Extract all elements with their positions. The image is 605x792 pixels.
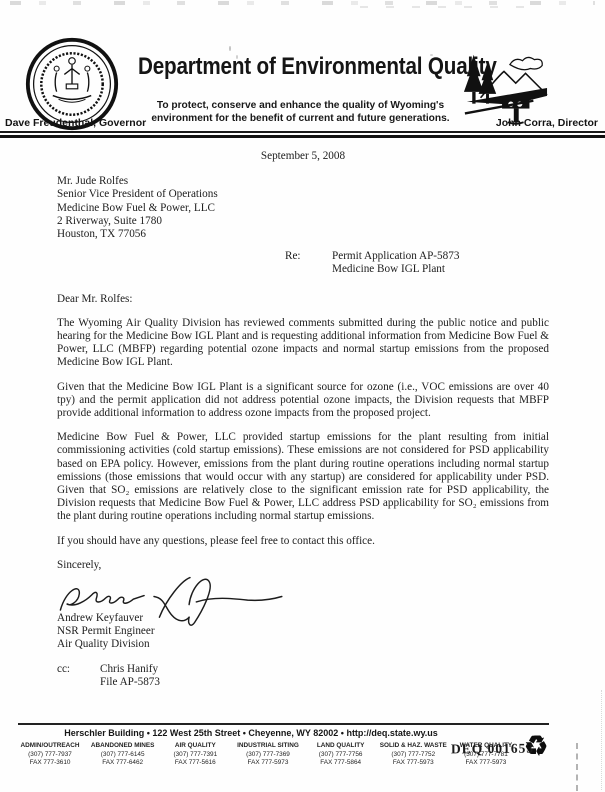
dept-industrial-siting: INDUSTRIAL SITING (307) 777-7369 FAX 777… [232, 742, 304, 768]
signer-title: NSR Permit Engineer [57, 625, 549, 638]
recipient-line: 2 Riverway, Suite 1780 [57, 215, 549, 228]
bates-stamp: DEQ 001653 [451, 741, 534, 758]
paragraph-4: If you should have any questions, please… [57, 535, 549, 548]
dept-abandoned-mines: ABANDONED MINES (307) 777-6145 FAX 777-6… [87, 742, 159, 768]
tagline-line-1: To protect, conserve and enhance the qua… [133, 99, 468, 112]
cc-line-2: File AP-5873 [100, 676, 160, 689]
letter-date: September 5, 2008 [57, 150, 549, 163]
agency-title: Department of Environmental Quality [138, 53, 482, 81]
signer-division: Air Quality Division [57, 638, 549, 651]
header-rule-thin [0, 131, 605, 133]
recipient-line: Senior Vice President of Operations [57, 188, 549, 201]
agency-tagline: To protect, conserve and enhance the qua… [133, 99, 468, 124]
footer-address-line: Herschler Building • 122 West 25th Stree… [0, 728, 502, 738]
scan-edge-dots [601, 690, 602, 790]
tagline-line-2: environment for the benefit of current a… [133, 112, 468, 125]
dept-air-quality: AIR QUALITY (307) 777-7391 FAX 777-5616 [159, 742, 231, 768]
recipient-line: Houston, TX 77056 [57, 228, 549, 241]
scan-noise-strip [10, 1, 595, 5]
paragraph-2: Given that the Medicine Bow IGL Plant is… [57, 381, 549, 421]
letter-body: September 5, 2008 Mr. Jude Rolfes Senior… [57, 150, 549, 689]
scan-speck [229, 46, 231, 51]
footer-departments: ADMIN/OUTREACH (307) 777-7937 FAX 777-36… [14, 742, 522, 768]
header-rule-thick [0, 135, 605, 138]
scan-noise-strip-2 [360, 6, 530, 8]
cc-block: cc: Chris Hanify File AP-5873 [57, 663, 549, 689]
re-label: Re: [285, 250, 332, 276]
signature-block: Andrew Keyfauver NSR Permit Engineer Air… [57, 612, 549, 652]
signer-name: Andrew Keyfauver [57, 612, 549, 625]
recipient-address-block: Mr. Jude Rolfes Senior Vice President of… [57, 175, 549, 241]
dept-admin-outreach: ADMIN/OUTREACH (307) 777-7937 FAX 777-36… [14, 742, 86, 768]
recipient-line: Mr. Jude Rolfes [57, 175, 549, 188]
scanned-letter-page: Department of Environmental Quality To p… [0, 0, 605, 792]
dept-land-quality: LAND QUALITY (307) 777-7756 FAX 777-5864 [305, 742, 377, 768]
recipient-line: Medicine Bow Fuel & Power, LLC [57, 202, 549, 215]
dept-solid-haz-waste: SOLID & HAZ. WASTE (307) 777-7752 FAX 77… [377, 742, 449, 768]
re-line-1: Permit Application AP-5873 [332, 250, 459, 263]
cc-line-1: Chris Hanify [100, 663, 160, 676]
re-lines: Permit Application AP-5873 Medicine Bow … [332, 250, 459, 276]
governor-name: Dave Freudenthal, Governor [5, 117, 146, 129]
salutation: Dear Mr. Rolfes: [57, 293, 549, 306]
paragraph-1: The Wyoming Air Quality Division has rev… [57, 317, 549, 370]
cc-lines: Chris Hanify File AP-5873 [100, 663, 160, 689]
re-line-2: Medicine Bow IGL Plant [332, 263, 459, 276]
closing: Sincerely, [57, 559, 549, 572]
re-block: Re: Permit Application AP-5873 Medicine … [285, 250, 549, 276]
cc-label: cc: [57, 663, 100, 689]
director-name: John Corra, Director [496, 117, 598, 129]
paragraph-3: Medicine Bow Fuel & Power, LLC provided … [57, 431, 549, 523]
footer-rule [18, 723, 549, 725]
scan-edge-dashes [576, 743, 578, 791]
